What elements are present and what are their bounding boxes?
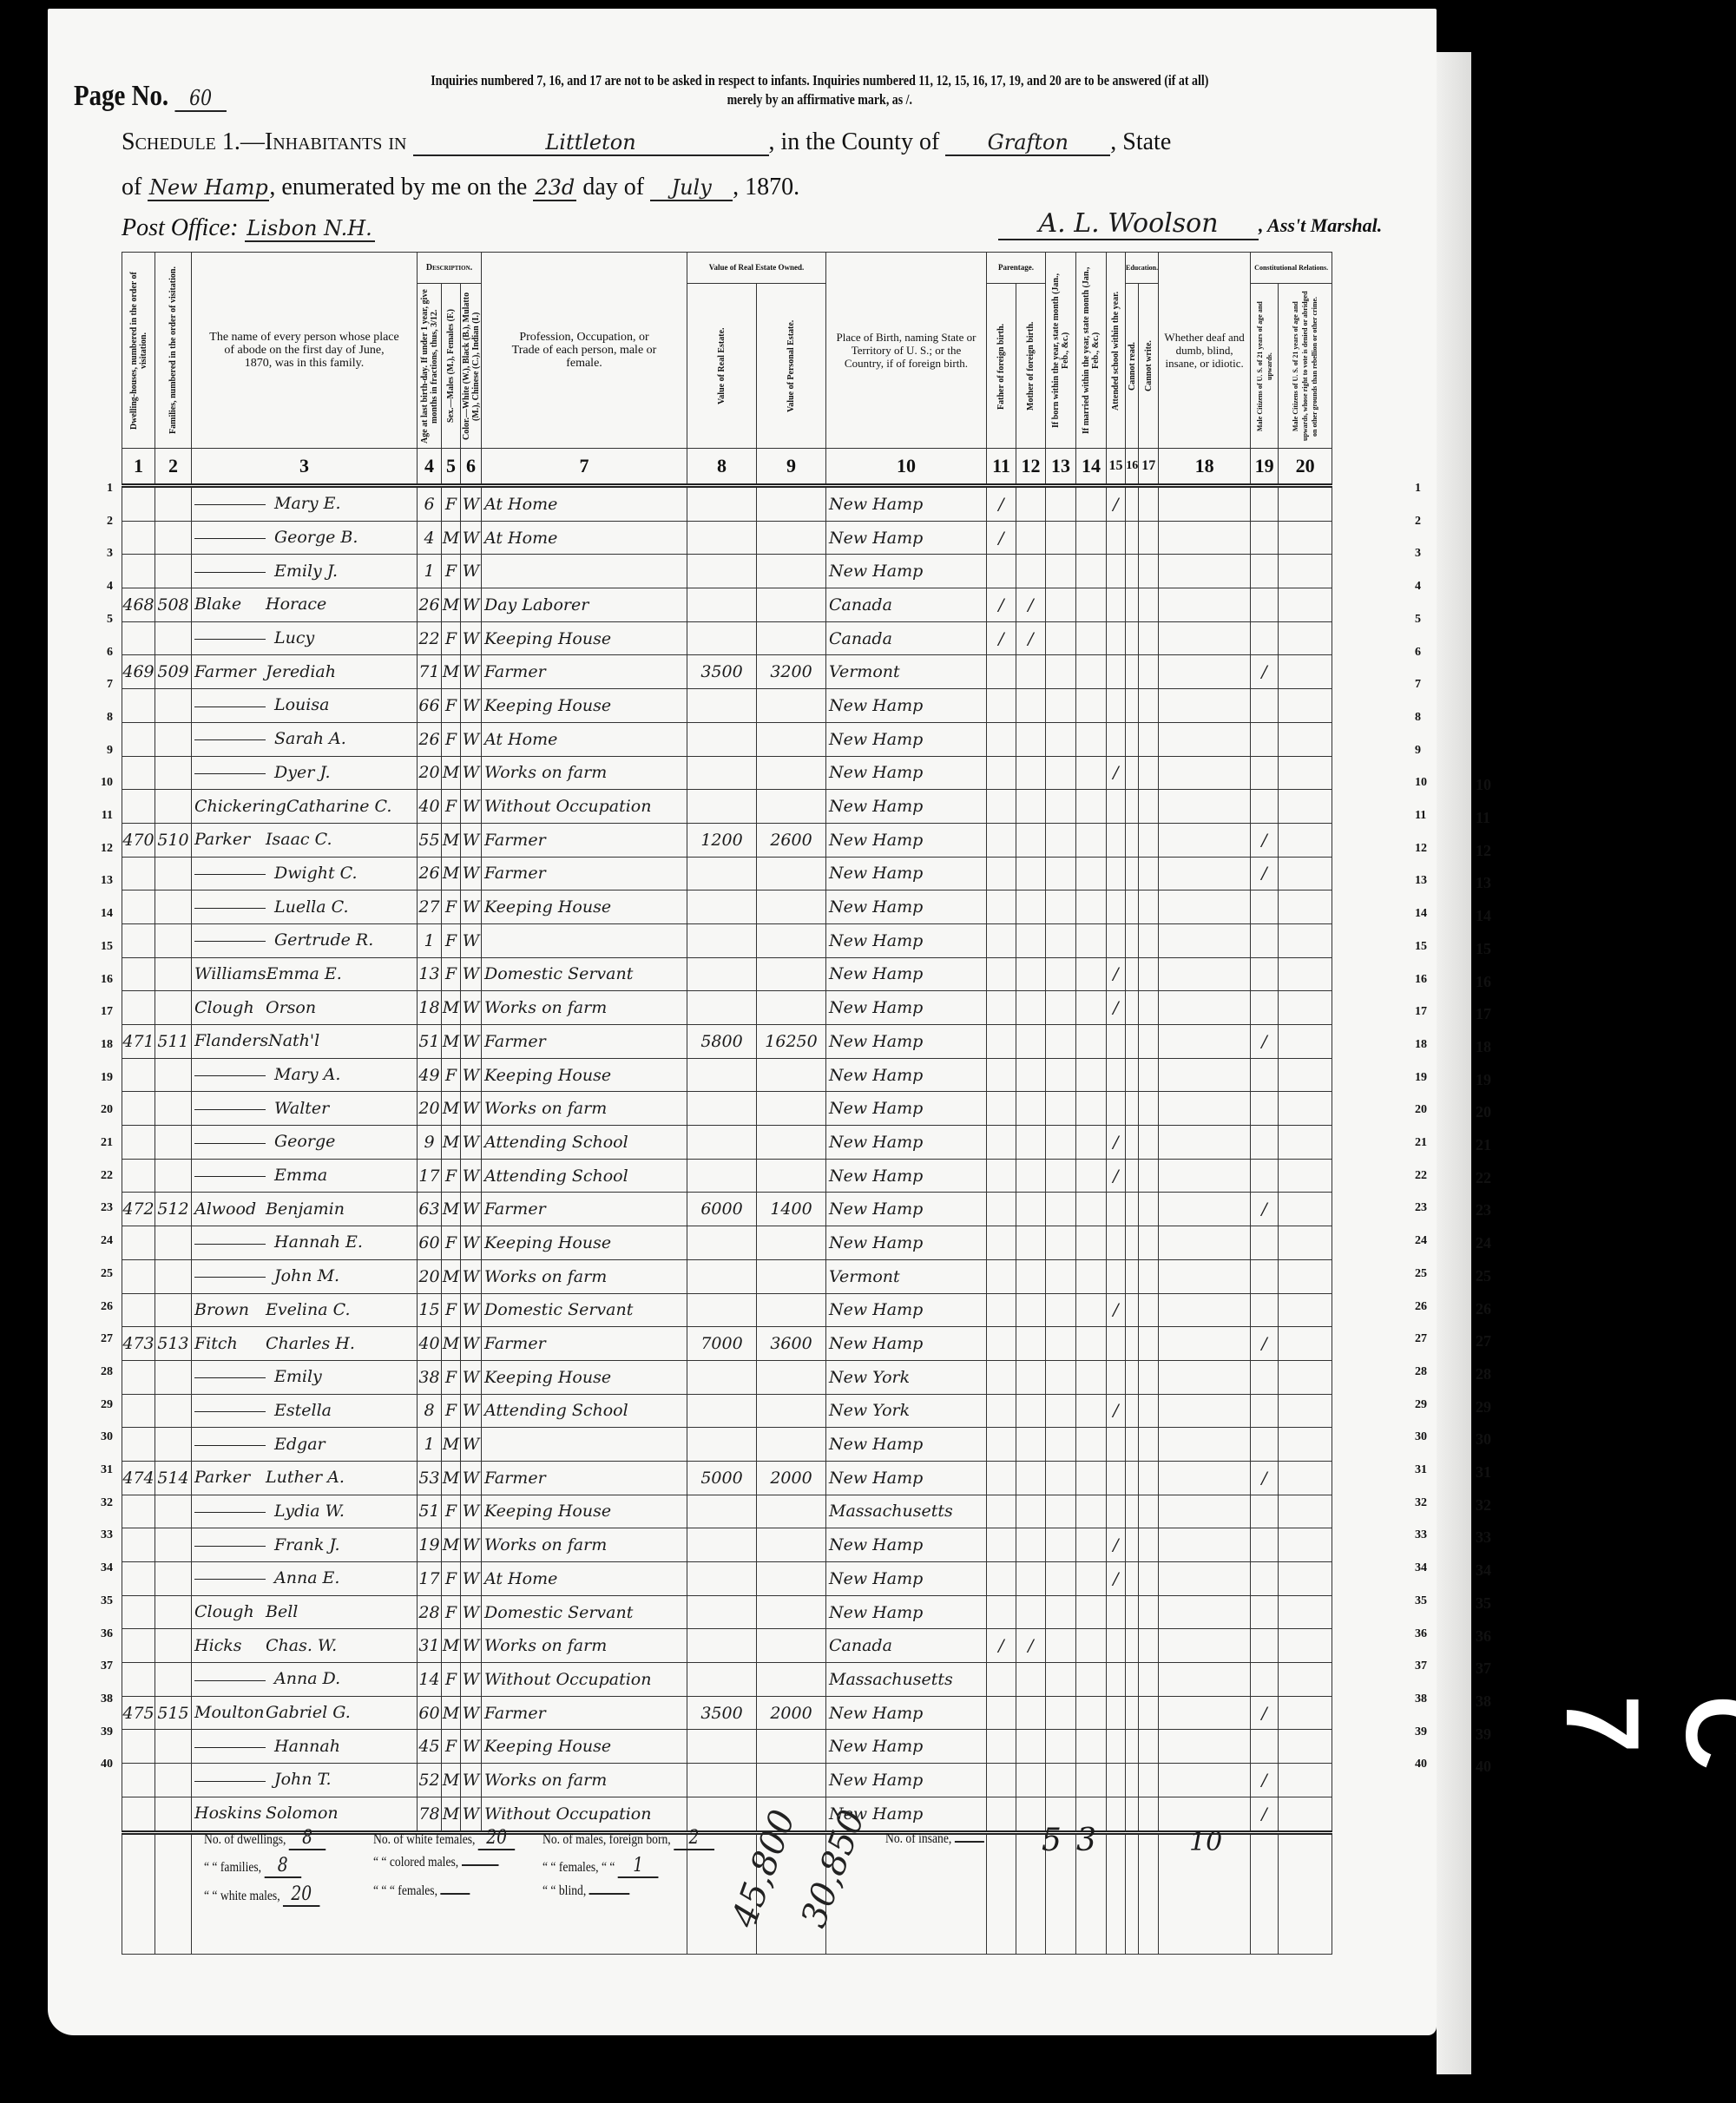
row-number: 22 [95,1169,113,1183]
cell-dw [122,1764,155,1797]
cell-f [987,923,1016,957]
person-name: Anna E. [192,1562,418,1596]
cell-birth: New Hamp [826,555,987,588]
cell-f [987,689,1016,723]
census-row: Luella C.27FWKeeping HouseNew Hamp [122,890,1332,924]
cell-fam [155,991,192,1025]
surname: Brown [194,1300,266,1319]
cell-age: 17 [418,1159,442,1193]
surname [194,1512,266,1513]
row-number: 19 [1476,1071,1491,1089]
cell-sex: F [442,923,461,957]
cell-fam [155,756,192,790]
given-name: Louisa [274,695,329,714]
row-number: 40 [95,1758,113,1771]
cell-cit [1251,1058,1279,1092]
cell-occ: Works on farm [482,756,687,790]
cell-den [1279,1428,1332,1462]
cell-occ: Without Occupation [482,790,687,824]
cell-occ: Attending School [482,1126,687,1160]
cell-age: 9 [418,1126,442,1160]
row-number: 37 [1476,1659,1491,1678]
surname [194,1277,266,1278]
cell-occ: Works on farm [482,991,687,1025]
cell-cit: / [1251,1797,1279,1832]
cell-sex: M [442,823,461,857]
cell-color: W [461,823,482,857]
cell-f [987,756,1016,790]
cell-school [1107,655,1126,689]
cell-color: W [461,1696,482,1730]
cell-pe [757,1528,826,1562]
cell-age: 22 [418,621,442,655]
cell-f [987,1495,1016,1528]
surname [194,1109,266,1110]
cell-cit: / [1251,1327,1279,1361]
cell-den [1279,857,1332,890]
cell-birth: New Hamp [826,1428,987,1462]
cell-dw: 473 [122,1327,155,1361]
cell-cit [1251,621,1279,655]
cell-occ: Works on farm [482,1629,687,1663]
cell-fam [155,1595,192,1629]
row-number: 17 [95,1005,113,1019]
cell-pe: 1400 [757,1193,826,1226]
colored-females-count: “ “ “ females, [373,1883,470,1899]
cell-sex: M [442,1327,461,1361]
person-name: CloughOrson [192,991,418,1025]
cell-sex: F [442,1360,461,1394]
cell-den [1279,1058,1332,1092]
row-number: 23 [1476,1201,1491,1219]
cell-pe [757,1428,826,1462]
cell-m [1016,555,1046,588]
cell-fam [155,1428,192,1462]
row-number: 28 [1476,1365,1491,1383]
given-name: Anna E. [274,1568,339,1587]
cell-pe [757,1730,826,1764]
cell-re [687,1428,757,1462]
cell-cit [1251,1562,1279,1596]
cell-dw [122,1495,155,1528]
cell-den [1279,1159,1332,1193]
cell-den [1279,621,1332,655]
cell-school [1107,689,1126,723]
cell-sex: M [442,1126,461,1160]
marshal-line: A. L. Woolson, Ass't Marshal. [998,208,1382,240]
mother-foreign-total: 3 [1076,1823,1096,1858]
person-name: Hannah E. [192,1226,418,1260]
cell-age: 27 [418,890,442,924]
census-row: Estella8FWAttending SchoolNew York/ [122,1394,1332,1428]
cell-sex: M [442,1528,461,1562]
row-number: 14 [1476,907,1491,925]
cell-m [1016,1259,1046,1293]
post-office-line: Post Office: Lisbon N.H. [122,214,375,242]
cell-sex: M [442,857,461,890]
cell-school [1107,1058,1126,1092]
cell-f [987,1528,1016,1562]
cell-pe [757,957,826,991]
cell-f [987,1696,1016,1730]
surname [194,1176,266,1177]
cell-f [987,1797,1016,1832]
person-name: John M. [192,1259,418,1293]
row-number: 28 [1415,1365,1427,1379]
cell-occ: Attending School [482,1394,687,1428]
given-name: Gertrude R. [274,930,373,950]
row-number: 13 [1415,874,1427,888]
surname: Moulton [194,1703,266,1722]
microfilm-stamp: C 7 [1542,1695,1736,1843]
cell-color: W [461,1126,482,1160]
cell-den [1279,923,1332,957]
cell-f: / [987,621,1016,655]
cell-den [1279,1193,1332,1226]
cell-color: W [461,1428,482,1462]
cell-pe [757,1394,826,1428]
person-name: Estella [192,1394,418,1428]
cell-occ [482,555,687,588]
cell-re [687,890,757,924]
cell-birth: New Hamp [826,1092,987,1126]
cell-occ: Without Occupation [482,1663,687,1697]
cell-cit [1251,1259,1279,1293]
row-number: 18 [1415,1038,1427,1052]
cell-age: 26 [418,857,442,890]
cell-color: W [461,521,482,555]
cell-school [1107,1092,1126,1126]
cell-school [1107,521,1126,555]
row-number: 35 [95,1594,113,1608]
cell-birth: New Hamp [826,1461,987,1495]
cell-age: 15 [418,1293,442,1327]
enumeration-line: of New Hamp, enumerated by me on the 23d… [122,174,799,201]
cell-re [687,1092,757,1126]
cell-school [1107,1461,1126,1495]
person-name: Hannah [192,1730,418,1764]
families-count: “ “ families, 8 [204,1855,301,1878]
cell-den [1279,1226,1332,1260]
cell-re [687,722,757,756]
row-number: 12 [95,842,113,856]
person-name: BrownEvelina C. [192,1293,418,1327]
row-number: 38 [1415,1692,1427,1706]
person-name: John T. [192,1764,418,1797]
row-number: 30 [1415,1430,1427,1444]
cell-re [687,857,757,890]
given-name: Emma [274,1166,327,1185]
cell-sex: M [442,1764,461,1797]
surname [194,739,266,740]
cell-dw [122,1428,155,1462]
cell-birth: New Hamp [826,1193,987,1226]
row-number: 2 [1415,515,1421,529]
surname [194,1411,266,1412]
cell-dw [122,991,155,1025]
cell-m [1016,1025,1046,1059]
cell-school: / [1107,1126,1126,1160]
cell-cit [1251,689,1279,723]
row-number: 14 [1415,907,1427,921]
cell-school [1107,621,1126,655]
surname [194,1377,266,1378]
row-number: 16 [1476,973,1491,991]
cell-cit [1251,588,1279,622]
cell-fam: 508 [155,588,192,622]
cell-pe [757,890,826,924]
cell-occ: Farmer [482,655,687,689]
cell-pe [757,486,826,522]
cell-occ: Keeping House [482,890,687,924]
cell-age: 4 [418,521,442,555]
state-field: New Hamp [148,175,269,201]
census-row: George9MWAttending SchoolNew Hamp/ [122,1126,1332,1160]
cell-occ: Keeping House [482,1730,687,1764]
cell-cit [1251,1293,1279,1327]
page-number-label: Page No. 60 [74,80,227,113]
person-name: Anna D. [192,1663,418,1697]
cell-school: / [1107,1159,1126,1193]
cell-fam: 509 [155,655,192,689]
cell-pe [757,1360,826,1394]
person-name: CloughBell [192,1595,418,1629]
row-number: 31 [1476,1463,1491,1482]
cell-fam [155,1092,192,1126]
cell-den [1279,1595,1332,1629]
cell-cit [1251,521,1279,555]
cell-m [1016,1461,1046,1495]
row-number: 6 [95,646,113,660]
cell-occ: Day Laborer [482,588,687,622]
row-number: 27 [1476,1332,1491,1351]
cell-dw [122,1663,155,1697]
cell-fam [155,722,192,756]
cell-f [987,1461,1016,1495]
cell-cit: / [1251,1461,1279,1495]
surname [194,706,266,707]
census-row: CloughBell28FWDomestic ServantNew Hamp [122,1595,1332,1629]
given-name: Benjamin [266,1199,345,1219]
cell-dw [122,1360,155,1394]
cell-age: 1 [418,1428,442,1462]
cell-pe [757,1092,826,1126]
cell-birth: New Hamp [826,486,987,522]
cell-den [1279,722,1332,756]
cell-color: W [461,1595,482,1629]
surname [194,941,266,942]
cell-age: 49 [418,1058,442,1092]
cell-cit [1251,1663,1279,1697]
row-number: 24 [1476,1234,1491,1252]
cell-dw: 469 [122,655,155,689]
census-row: John T.52MWWorks on farmNew Hamp/ [122,1764,1332,1797]
column-numbers: 12 34 56 78 910 1112 1314 1516 1718 1920 [122,449,1332,486]
cell-dw [122,1226,155,1260]
cell-school [1107,1259,1126,1293]
cell-color: W [461,1394,482,1428]
cell-fam: 515 [155,1696,192,1730]
cell-f [987,1394,1016,1428]
census-rows: Mary E.6FWAt HomeNew Hamp//George B.4MWA… [122,486,1332,1833]
row-number: 10 [95,776,113,790]
cell-f [987,1159,1016,1193]
cell-occ: Keeping House [482,689,687,723]
cell-occ [482,923,687,957]
census-row: Emma17FWAttending SchoolNew Hamp/ [122,1159,1332,1193]
cell-pe [757,1058,826,1092]
cell-birth: New Hamp [826,1595,987,1629]
cell-pe: 2000 [757,1696,826,1730]
cell-fam [155,1159,192,1193]
cell-re [687,1159,757,1193]
cell-dw [122,1797,155,1832]
cell-den [1279,890,1332,924]
cell-den [1279,1663,1332,1697]
cell-m [1016,823,1046,857]
cell-dw [122,1058,155,1092]
cell-sex: M [442,588,461,622]
cell-den [1279,756,1332,790]
row-number: 40 [1415,1758,1427,1771]
cell-cit [1251,1092,1279,1126]
cell-occ: Attending School [482,1159,687,1193]
given-name: Hannah [274,1737,340,1756]
person-name: Emily J. [192,555,418,588]
marshal-signature: A. L. Woolson [998,208,1259,240]
cell-den [1279,1259,1332,1293]
cell-f [987,1730,1016,1764]
given-name: Dwight C. [274,864,358,883]
surname [194,1546,266,1547]
cell-re [687,1226,757,1260]
cell-cit: / [1251,823,1279,857]
cell-re [687,1394,757,1428]
cell-school [1107,1663,1126,1697]
cell-dw [122,756,155,790]
cell-age: 28 [418,1595,442,1629]
given-name: Charles H. [266,1334,355,1353]
row-number: 32 [1415,1496,1427,1510]
cell-re: 1200 [687,823,757,857]
cell-age: 20 [418,1259,442,1293]
cell-m [1016,957,1046,991]
cell-school [1107,588,1126,622]
cell-f [987,1193,1016,1226]
cell-occ: Works on farm [482,1092,687,1126]
cell-sex: F [442,555,461,588]
cell-sex: M [442,1259,461,1293]
surname [194,773,266,774]
colored-males-count: “ “ colored males, [373,1855,498,1870]
cell-color: W [461,621,482,655]
cell-m [1016,1428,1046,1462]
cell-cit [1251,1495,1279,1528]
cell-fam [155,1629,192,1663]
cell-dw [122,1293,155,1327]
cell-m [1016,991,1046,1025]
row-number: 27 [95,1332,113,1346]
cell-school [1107,857,1126,890]
row-number: 26 [95,1300,113,1314]
given-name: George B. [274,528,358,547]
census-row: Dwight C.26MWFarmerNew Hamp/ [122,857,1332,890]
cell-re [687,991,757,1025]
cell-sex: M [442,655,461,689]
cell-birth: New Hamp [826,1226,987,1260]
cell-school [1107,722,1126,756]
cell-pe [757,1629,826,1663]
row-number: 11 [1415,809,1426,823]
given-name: Emma E. [266,964,342,983]
cell-dw [122,890,155,924]
row-number: 35 [1476,1594,1491,1613]
cell-age: 6 [418,486,442,522]
census-row: Emily38FWKeeping HouseNew York [122,1360,1332,1394]
cell-age: 55 [418,823,442,857]
cell-re: 7000 [687,1327,757,1361]
row-number: 39 [95,1725,113,1739]
cell-color: W [461,1092,482,1126]
cell-age: 26 [418,722,442,756]
cell-den [1279,1394,1332,1428]
cell-m [1016,1528,1046,1562]
cell-den [1279,555,1332,588]
cell-re [687,1126,757,1160]
cell-color: W [461,722,482,756]
cell-pe [757,1595,826,1629]
cell-den [1279,1092,1332,1126]
person-name: George [192,1126,418,1160]
cell-den [1279,1327,1332,1361]
cell-fam [155,790,192,824]
insane-count: No. of insane, [885,1831,984,1847]
cell-sex: M [442,1428,461,1462]
given-name: Mary A. [274,1065,340,1084]
surname: Clough [194,998,266,1017]
cell-occ: At Home [482,521,687,555]
row-number: 33 [1476,1528,1491,1547]
cell-re [687,555,757,588]
surname [194,1244,266,1245]
cell-dw [122,1730,155,1764]
cell-color: W [461,1360,482,1394]
person-name: BlakeHorace [192,588,418,622]
row-number: 25 [1476,1267,1491,1285]
cell-den [1279,1562,1332,1596]
row-number: 8 [1415,711,1421,725]
cell-den [1279,823,1332,857]
cell-m [1016,923,1046,957]
row-number: 18 [1476,1038,1491,1056]
row-number: 7 [1415,678,1421,692]
census-row: 470510ParkerIsaac C.55MWFarmer12002600Ne… [122,823,1332,857]
cell-den [1279,957,1332,991]
cell-birth: Vermont [826,1259,987,1293]
cell-pe: 16250 [757,1025,826,1059]
cell-age: 40 [418,1327,442,1361]
cell-age: 1 [418,923,442,957]
cell-school: / [1107,486,1126,522]
cell-birth: New York [826,1394,987,1428]
cell-f [987,1058,1016,1092]
row-number: 35 [1415,1594,1427,1608]
dwellings-count: No. of dwellings, 8 [204,1827,325,1850]
cell-re [687,1058,757,1092]
row-number: 21 [95,1136,113,1150]
census-table: Dwelling-houses, numbered in the order o… [122,252,1332,1955]
cell-fam: 513 [155,1327,192,1361]
